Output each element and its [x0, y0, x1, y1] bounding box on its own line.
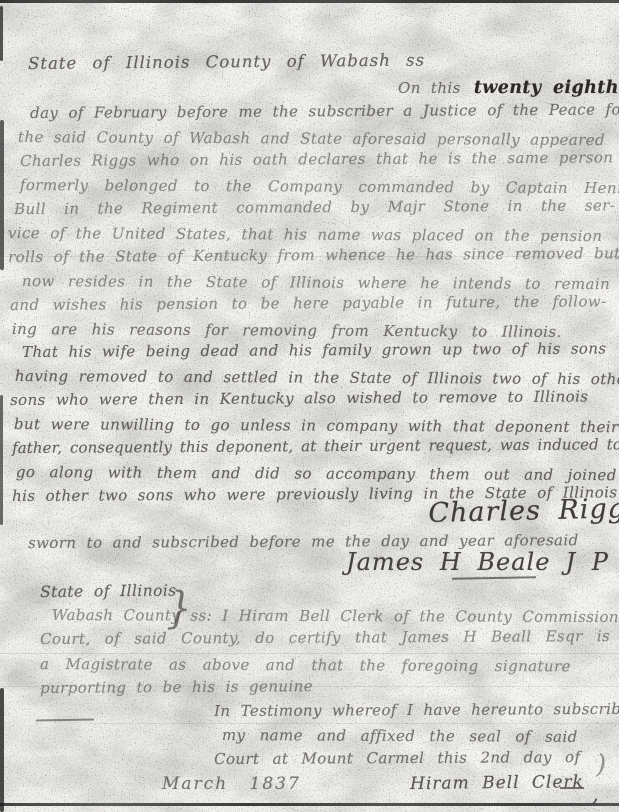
- opening-date-emphasis: twenty eighth: [474, 78, 619, 98]
- opening-prefix: On this: [398, 79, 461, 97]
- justice-title: J P: [566, 548, 609, 576]
- manuscript-line: the said County of Wabash and State afor…: [18, 128, 605, 149]
- affidavit-opening-line: On this twenty eighth: [398, 78, 619, 98]
- scan-edge-left-2: [0, 120, 4, 270]
- certification-state-line: State of Illinois: [40, 582, 177, 601]
- manuscript-line: father, consequently this deponent, at t…: [12, 435, 619, 457]
- manuscript-line: having removed to and settled in the Sta…: [15, 367, 619, 388]
- fold-line-4: [90, 723, 619, 724]
- marginal-dash: [36, 718, 94, 721]
- testimony-line: In Testimony whereof I have hereunto sub…: [214, 700, 619, 720]
- manuscript-page: State of Illinois County of Wabash ss On…: [0, 0, 619, 812]
- scan-edge-bottom: [0, 803, 619, 806]
- manuscript-line: ing are his reasons for removing from Ke…: [12, 320, 562, 341]
- scan-edge-left-1: [0, 6, 3, 61]
- manuscript-line: rolls of the State of Kentucky from when…: [8, 244, 619, 266]
- testimony-line: my name and affixed the seal of said: [222, 726, 578, 746]
- certification-line: Court, of said County, do certify that J…: [40, 627, 610, 648]
- manuscript-line: sons who were then in Kentucky also wish…: [10, 387, 588, 409]
- manuscript-line: Bull in the Regiment commanded by Majr S…: [14, 196, 615, 218]
- certification-line: Wabash County ss: I Hiram Bell Clerk of …: [52, 606, 619, 626]
- manuscript-line: That his wife being dead and his family …: [22, 339, 607, 361]
- certification-line: purporting to be his is genuine: [40, 677, 313, 697]
- justice-signature-line: James H Beale J P: [346, 548, 609, 576]
- trailing-comma-mark: ,: [592, 782, 599, 807]
- scan-edge-left-4: [0, 688, 4, 812]
- manuscript-line: go along with them and did so accompany …: [16, 463, 617, 484]
- affidavit-heading: State of Illinois County of Wabash ss: [28, 51, 425, 73]
- scan-edge-left-3: [0, 395, 3, 525]
- deponent-signature: Charles Riggs: [428, 493, 619, 529]
- manuscript-line: now resides in the State of Illinois whe…: [22, 272, 610, 293]
- manuscript-line: formerly belonged to the Company command…: [20, 176, 619, 197]
- testimony-date-line: March 1837: [162, 774, 301, 794]
- scan-edge-top: [0, 0, 619, 3]
- manuscript-line: vice of the United States, that his name…: [8, 224, 602, 245]
- clerk-signature-dash: [560, 787, 584, 789]
- clerk-signature: Hiram Bell Clerk: [410, 772, 584, 794]
- corner-flourish-mark: ): [596, 750, 606, 780]
- manuscript-line: but were unwilling to go unless in compa…: [14, 415, 619, 436]
- manuscript-line: and wishes his pension to be here payabl…: [10, 292, 607, 314]
- manuscript-line: day of February before me the subscriber…: [30, 100, 619, 122]
- signature-flourish-underline: [452, 576, 536, 579]
- certification-line: a Magistrate as above and that the foreg…: [40, 655, 571, 675]
- fold-line-2: [0, 653, 619, 654]
- justice-signature: James H Beale: [346, 548, 550, 576]
- testimony-line: Court at Mount Carmel this 2nd day of: [214, 748, 580, 768]
- manuscript-line: Charles Riggs who on his oath declares t…: [20, 148, 619, 170]
